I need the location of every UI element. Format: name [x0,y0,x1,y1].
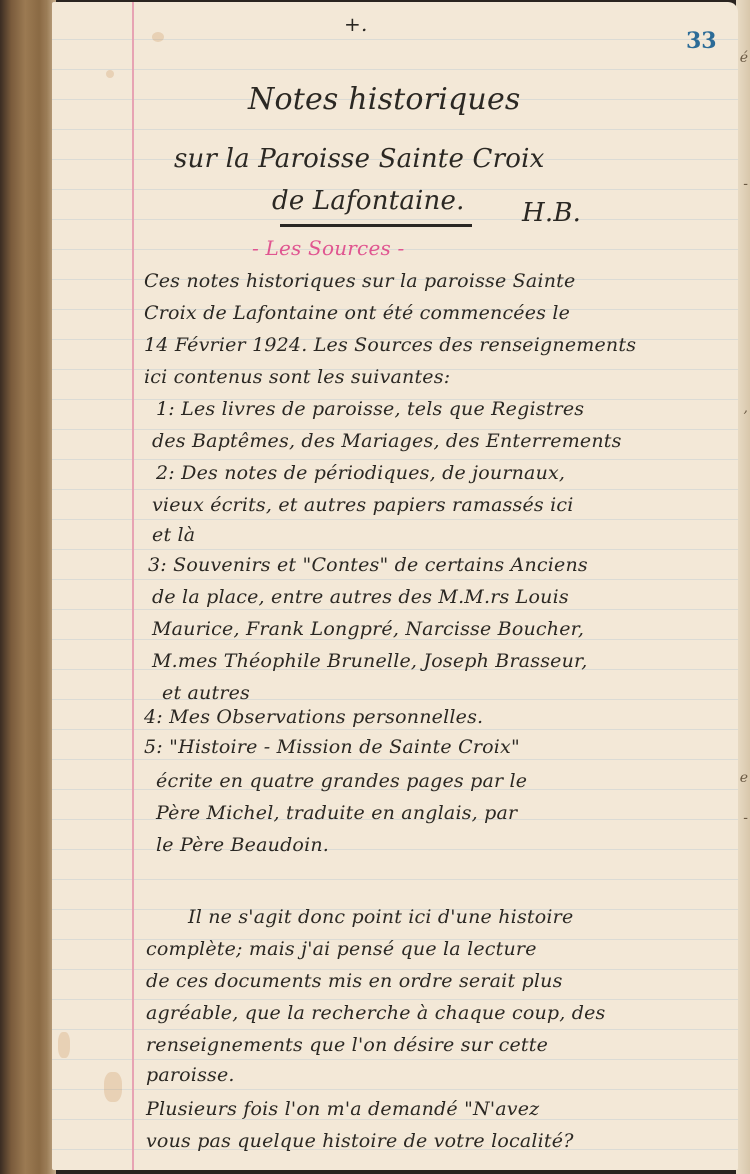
notebook-page: +. 33 Notes historiques sur la Paroisse … [52,2,738,1170]
title-line-2: sur la Paroisse Sainte Croix [174,144,544,174]
body-line: ici contenus sont les suivantes: [144,366,450,388]
body-line: paroisse. [146,1064,235,1086]
body-line: vous pas quelque histoire de votre local… [146,1130,574,1152]
stain [58,1032,70,1058]
list-item-2: 2: Des notes de périodiques, de journaux… [156,462,565,484]
title-underline [280,224,472,227]
margin-rule [132,2,134,1170]
margin-mark: e [740,770,748,786]
body-line: 14 Février 1924. Les Sources des renseig… [144,334,636,356]
body-line: Plusieurs fois l'on m'a demandé "N'avez [146,1098,539,1120]
page-number: 33 [686,28,717,54]
body-line: renseignements que l'on désire sur cette [146,1034,548,1056]
margin-mark: - [743,810,748,826]
body-line: Ces notes historiques sur la paroisse Sa… [144,270,575,292]
author-initials: H.B. [522,198,581,228]
body-line: complète; mais j'ai pensé que la lecture [146,938,537,960]
body-line: M.mes Théophile Brunelle, Joseph Brasseu… [152,650,588,672]
body-line: Il ne s'agit donc point ici d'une histoi… [188,906,573,928]
section-heading: - Les Sources - [252,236,404,260]
margin-mark: - [743,176,748,192]
body-line: de la place, entre autres des M.M.rs Lou… [152,586,569,608]
top-mark: +. [344,12,368,36]
body-line: Père Michel, traduite en anglais, par [156,802,517,824]
body-line: et là [152,524,195,546]
body-line: agréable, que la recherche à chaque coup… [146,1002,606,1024]
body-line: des Baptêmes, des Mariages, des Enterrem… [152,430,622,452]
book-binding [0,0,56,1174]
body-line: Maurice, Frank Longpré, Narcisse Boucher… [152,618,584,640]
body-line: le Père Beaudoin. [156,834,329,856]
stain [152,32,164,42]
margin-mark: , [744,400,748,416]
list-item-1: 1: Les livres de paroisse, tels que Regi… [156,398,584,420]
body-line: et autres [162,682,250,704]
body-line: écrite en quatre grandes pages par le [156,770,527,792]
margin-mark: é [740,50,748,66]
notebook-scan: +. 33 Notes historiques sur la Paroisse … [0,0,750,1174]
stain [104,1072,122,1102]
stain [106,70,114,78]
body-line: vieux écrits, et autres papiers ramassés… [152,494,574,516]
list-item-3: 3: Souvenirs et "Contes" de certains Anc… [148,554,588,576]
body-line: de ces documents mis en ordre serait plu… [146,970,563,992]
list-item-4: 4: Mes Observations personnelles. [144,706,483,728]
title-line-1: Notes historiques [248,82,521,117]
body-line: Croix de Lafontaine ont été commencées l… [144,302,570,324]
title-line-3: de Lafontaine. [272,186,465,216]
list-item-5: 5: "Histoire - Mission de Sainte Croix" [144,736,520,758]
